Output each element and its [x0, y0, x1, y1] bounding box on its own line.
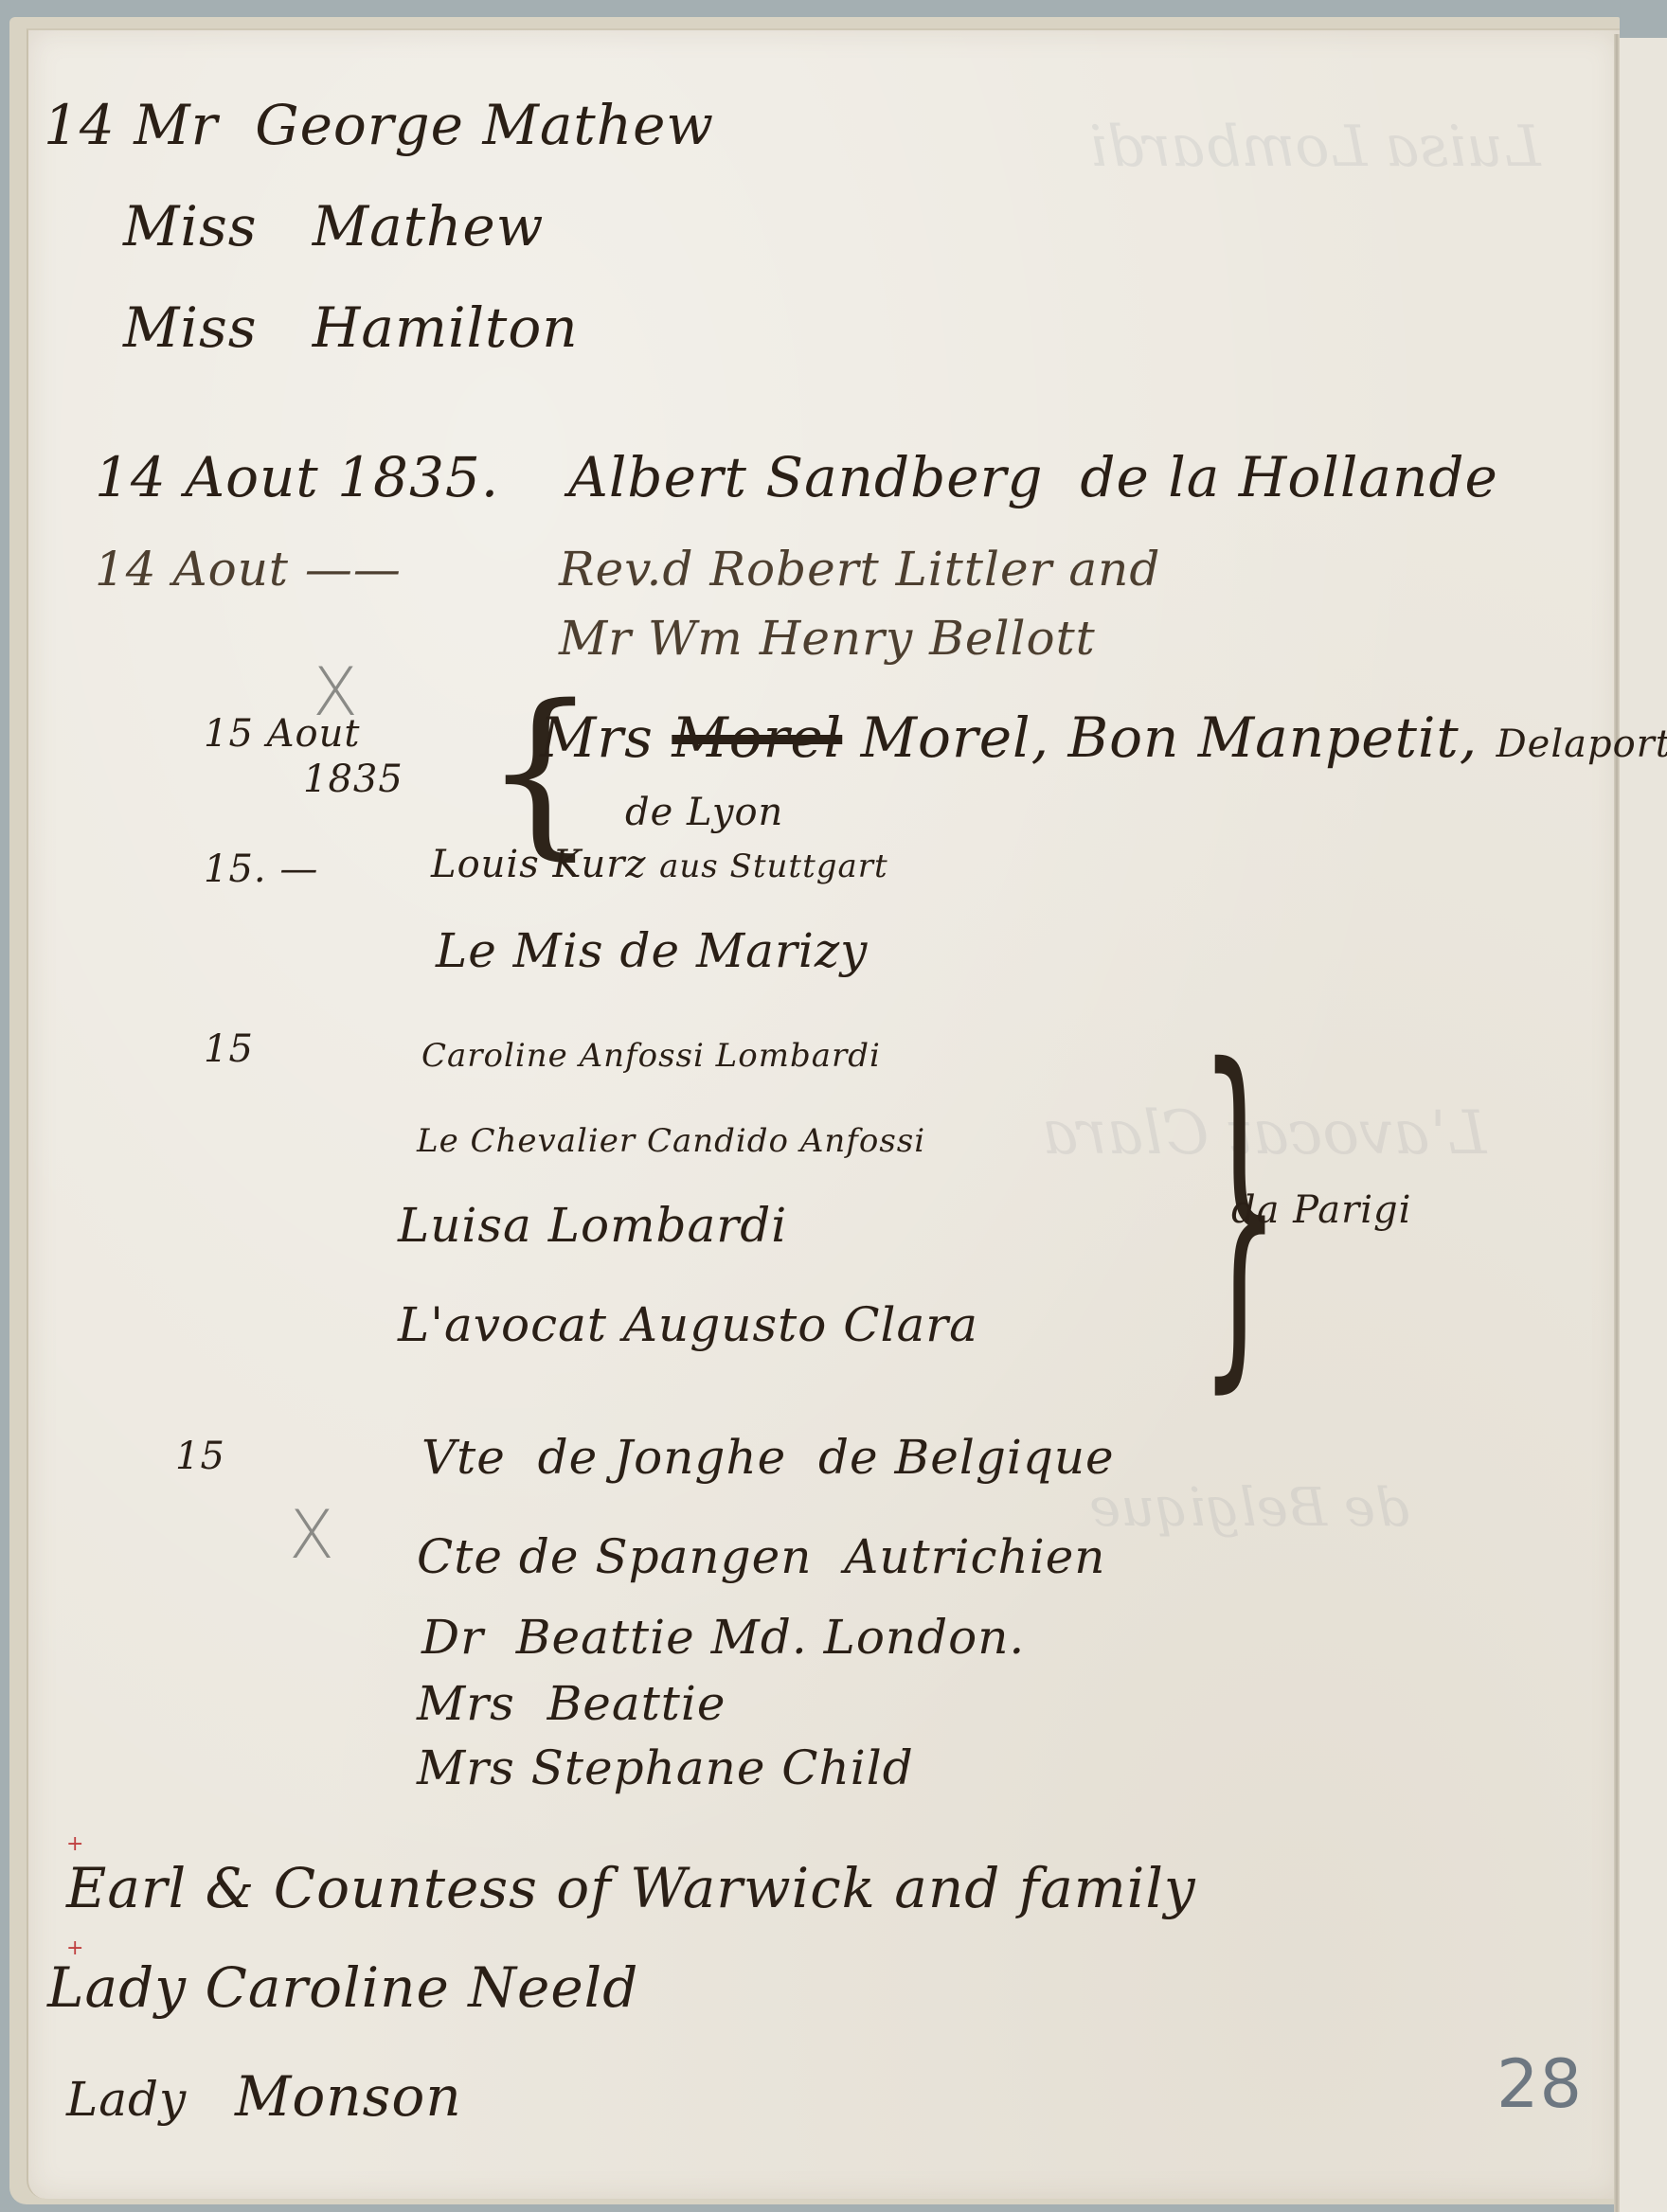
entry-prefix: Lady — [47, 1955, 187, 2020]
entry-line: Caroline Anfossi Lombardi — [421, 1037, 881, 1075]
entry-line: Louis Kurz aus Stuttgart — [431, 843, 888, 886]
cross-mark: X — [289, 1496, 334, 1574]
entry-line: Miss Hamilton — [123, 295, 579, 360]
entry-prefix: Mrs — [417, 1740, 515, 1795]
entry-prefix: Mrs — [417, 1676, 515, 1731]
entry-prefix: Cte — [417, 1529, 503, 1584]
entry-origin: Autrichien — [844, 1529, 1105, 1584]
entry-name: Wm Henry Bellott — [648, 611, 1096, 666]
entry-line: 15. — — [204, 847, 318, 891]
entry-name: Albert Sandberg — [568, 445, 1043, 509]
entry-line: Luisa Lombardi — [398, 1198, 787, 1253]
entry-line: Dr Beattie Md. London. — [421, 1610, 1025, 1665]
entry-prefix: Rev.d — [559, 542, 693, 597]
entry-prefix: Le Chevalier — [417, 1122, 636, 1160]
entry-date: 14 Aout —— — [95, 542, 402, 597]
entry-name: Stephane Child — [531, 1740, 914, 1795]
entry-prefix: Bon — [1067, 705, 1179, 770]
entry-name: Delaporte — [1497, 722, 1667, 766]
entry-name: Manpetit, — [1198, 705, 1478, 770]
entry-prefix: L'avocat — [398, 1297, 607, 1352]
entry-name: Louis Kurz — [431, 843, 646, 886]
entry-origin: de la Hollande — [1080, 445, 1497, 509]
entry-line: Miss Mathew — [123, 194, 544, 259]
entry-origin: de Belgique — [818, 1430, 1115, 1485]
entry-name: George Mathew — [255, 93, 714, 157]
entry-name: de Spangen — [519, 1529, 813, 1584]
entry-date: 15 — [175, 1435, 225, 1478]
bleed-through-text: de Belgique — [1089, 1477, 1409, 1539]
entry-prefix: Le Mis — [436, 923, 604, 978]
entry-origin-line: de Lyon — [625, 791, 783, 834]
entry-prefix: Miss — [123, 295, 257, 360]
entry-line: Albert Sandberg de la Hollande — [568, 445, 1498, 509]
entry-prefix: Lady — [66, 2072, 187, 2127]
entry-origin: Md. London. — [711, 1610, 1026, 1665]
entry-date: 15 Aout — [204, 712, 360, 756]
entry-line: Mrs Beattie — [417, 1676, 726, 1731]
entry-name: Earl & Countess of Warwick and family — [66, 1856, 1196, 1920]
entry-date-line: 1835 — [303, 758, 403, 801]
entry-name: Mathew — [313, 194, 545, 259]
entry-date: 1835 — [303, 758, 403, 801]
entry-name: Candido Anfossi — [647, 1122, 925, 1160]
page-number: 28 — [1497, 2045, 1583, 2123]
struck-word: Morel — [672, 705, 842, 770]
entry-name: Augusto Clara — [623, 1297, 978, 1352]
entry-line: Vte de Jonghe de Belgique — [421, 1430, 1115, 1485]
entry-prefix: Mrs — [540, 705, 654, 770]
bleed-through-text: Luisa Lombardi — [1089, 114, 1541, 180]
entry-line: 15 — [175, 1435, 225, 1478]
entry-name: Caroline Neeld — [205, 1955, 638, 2020]
entry-line: 14 Mr George Mathew — [44, 93, 714, 157]
entry-prefix: Vte — [421, 1430, 506, 1485]
entry-prefix: Miss — [123, 194, 257, 259]
entry-name: Beattie — [547, 1676, 726, 1731]
entry-line: 14 Aout —— — [95, 542, 402, 597]
entry-line: Cte de Spangen Autrichien — [417, 1529, 1106, 1584]
entry-name: Morel, — [861, 705, 1049, 770]
red-margin-mark: + — [66, 1832, 83, 1856]
entry-line: Le Mis de Marizy — [436, 923, 868, 978]
group-origin-text: da Parigi — [1231, 1188, 1411, 1232]
entry-line: Lady Monson — [66, 2064, 462, 2129]
entry-name: Beattie — [516, 1610, 695, 1665]
entry-date: 15. — — [204, 847, 318, 891]
entry-prefix: Mr — [134, 93, 218, 157]
entry-origin: aus Stuttgart — [659, 847, 888, 885]
entry-line: Lady Caroline Neeld — [47, 1955, 638, 2020]
entry-date: 14 Aout 1835. — [95, 445, 499, 509]
entry-name: de Marizy — [619, 923, 868, 978]
entry-line: 14 Aout 1835. — [95, 445, 499, 509]
entry-line: Le Chevalier Candido Anfossi — [417, 1122, 925, 1160]
entry-line: Mrs Stephane Child — [417, 1740, 914, 1795]
entry-line: Mr Wm Henry Bellott — [559, 611, 1096, 666]
group-origin: da Parigi — [1231, 1188, 1411, 1232]
entry-name: Caroline Anfossi Lombardi — [421, 1037, 881, 1075]
entry-name: Luisa Lombardi — [398, 1198, 787, 1253]
entry-date-line: 15 Aout — [204, 712, 360, 756]
entry-line: Earl & Countess of Warwick and family — [66, 1856, 1196, 1920]
entry-prefix: Mr — [559, 611, 632, 666]
entry-line: 15 — [204, 1027, 254, 1071]
entry-name: Robert Littler and — [709, 542, 1160, 597]
entry-line: Mrs Morel Morel, Bon Manpetit, Delaporte — [540, 705, 1667, 770]
adjacent-page-edge — [1620, 38, 1667, 2212]
entry-origin: de Lyon — [625, 791, 783, 834]
entry-prefix: Dr — [421, 1610, 484, 1665]
entry-name: Hamilton — [313, 295, 579, 360]
entry-line: L'avocat Augusto Clara — [398, 1297, 978, 1352]
entry-date: 14 — [44, 93, 116, 157]
entry-name: Monson — [235, 2064, 462, 2129]
entry-date: 15 — [204, 1027, 254, 1071]
entry-line: Rev.d Robert Littler and — [559, 542, 1160, 597]
entry-name: de Jonghe — [538, 1430, 787, 1485]
